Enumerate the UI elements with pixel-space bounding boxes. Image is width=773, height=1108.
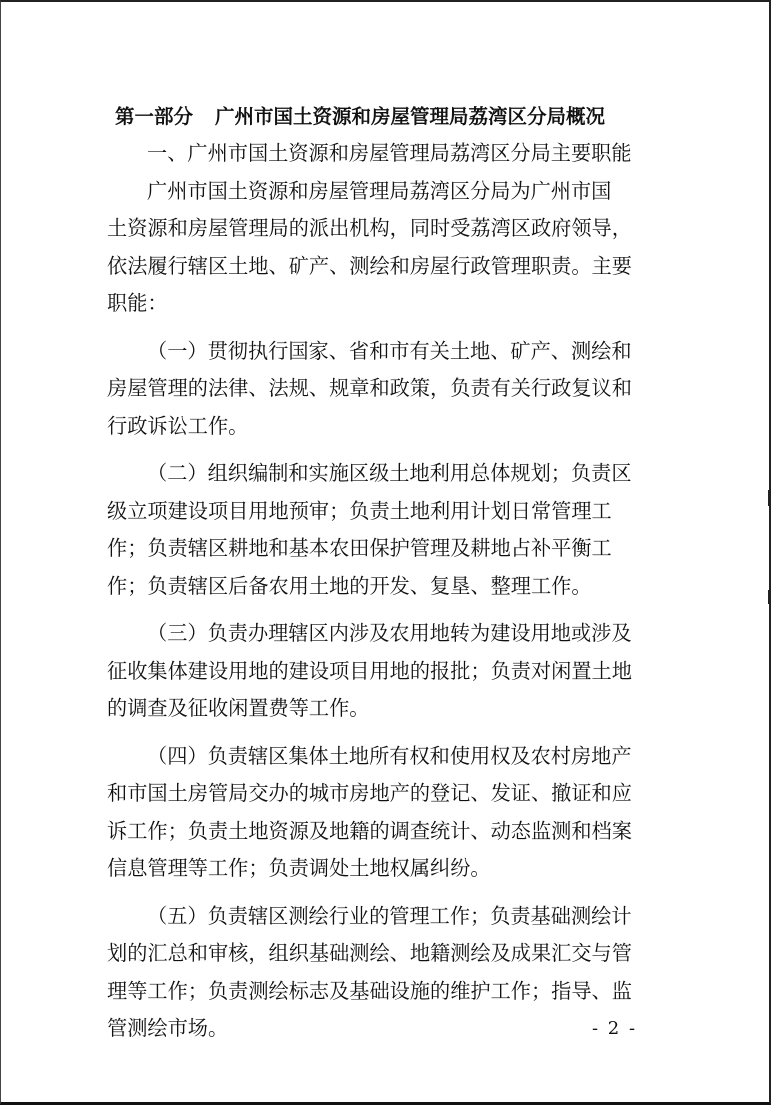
paragraph-line: 的调查及征收闲置费等工作。 bbox=[107, 690, 652, 728]
paragraph-line: （三）负责办理辖区内涉及农用地转为建设用地或涉及 bbox=[107, 615, 652, 653]
paragraph-line: 作；负责辖区后备农用土地的开发、复垦、整理工作。 bbox=[107, 568, 652, 606]
scan-edge-mark bbox=[768, 490, 771, 506]
paragraph-line: 理等工作；负责测绘标志及基础设施的维护工作；指导、监 bbox=[107, 973, 652, 1011]
part-label: 第一部分 bbox=[115, 105, 193, 128]
paragraph-line: 依法履行辖区土地、矿产、测绘和房屋行政管理职责。主要 bbox=[107, 248, 652, 286]
section-heading: 一、广州市国土资源和房屋管理局荔湾区分局主要职能 bbox=[107, 135, 652, 173]
paragraph-line: 土资源和房屋管理局的派出机构，同时受荔湾区政府领导， bbox=[107, 210, 652, 248]
duty-item-1: （一）贯彻执行国家、省和市有关土地、矿产、测绘和 房屋管理的法律、法规、规章和政… bbox=[107, 333, 652, 446]
paragraph-line: （五）负责辖区测绘行业的管理工作；负责基础测绘计 bbox=[107, 898, 652, 936]
duty-item-5: （五）负责辖区测绘行业的管理工作；负责基础测绘计 划的汇总和审核，组织基础测绘、… bbox=[107, 898, 652, 1048]
paragraph-line: （四）负责辖区集体土地所有权和使用权及农村房地产 bbox=[107, 738, 652, 776]
paragraph-line: 征收集体建设用地的建设项目用地的报批；负责对闲置土地 bbox=[107, 653, 652, 691]
paragraph-line: 广州市国土资源和房屋管理局荔湾区分局为广州市国 bbox=[107, 173, 652, 211]
paragraph-line: 房屋管理的法律、法规、规章和政策，负责有关行政复议和 bbox=[107, 370, 652, 408]
paragraph-line: （一）贯彻执行国家、省和市有关土地、矿产、测绘和 bbox=[107, 333, 652, 371]
paragraph-line: 和市国土房管局交办的城市房地产的登记、发证、撤证和应 bbox=[107, 775, 652, 813]
duty-item-2: （二）组织编制和实施区级土地利用总体规划；负责区 级立项建设项目用地预审；负责土… bbox=[107, 455, 652, 605]
part-title: 广州市国土资源和房屋管理局荔湾区分局概况 bbox=[215, 105, 605, 128]
paragraph-line: 级立项建设项目用地预审；负责土地利用计划日常管理工 bbox=[107, 493, 652, 531]
paragraph-line: 诉工作；负责土地资源及地籍的调查统计、动态监测和档案 bbox=[107, 813, 652, 851]
duty-item-3: （三）负责办理辖区内涉及农用地转为建设用地或涉及 征收集体建设用地的建设项目用地… bbox=[107, 615, 652, 728]
paragraph-line: （二）组织编制和实施区级土地利用总体规划；负责区 bbox=[107, 455, 652, 493]
paragraph-line: 信息管理等工作；负责调处土地权属纠纷。 bbox=[107, 850, 652, 888]
paragraph-line: 管测绘市场。 bbox=[107, 1010, 652, 1048]
paragraph-line: 行政诉讼工作。 bbox=[107, 408, 652, 446]
document-body: 第一部分广州市国土资源和房屋管理局荔湾区分局概况 一、广州市国土资源和房屋管理局… bbox=[107, 98, 652, 1048]
paragraph-line: 划的汇总和审核，组织基础测绘、地籍测绘及成果汇交与管 bbox=[107, 935, 652, 973]
paragraph-line: 职能： bbox=[107, 285, 652, 323]
part-heading: 第一部分广州市国土资源和房屋管理局荔湾区分局概况 bbox=[115, 98, 652, 135]
page-number: - 2 - bbox=[592, 1018, 637, 1039]
scan-edge-mark bbox=[768, 590, 771, 604]
duty-item-4: （四）负责辖区集体土地所有权和使用权及农村房地产 和市国土房管局交办的城市房地产… bbox=[107, 738, 652, 888]
paragraph-line: 作；负责辖区耕地和基本农田保护管理及耕地占补平衡工 bbox=[107, 530, 652, 568]
intro-paragraph: 广州市国土资源和房屋管理局荔湾区分局为广州市国 土资源和房屋管理局的派出机构，同… bbox=[107, 173, 652, 323]
